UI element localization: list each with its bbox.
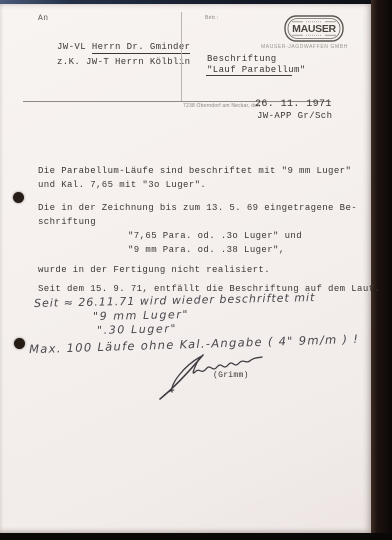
body-paragraph1-line2: und Kal. 7,65 mit "3o Luger". [38, 180, 206, 190]
body-paragraph1-line1: Die Parabellum-Läufe sind beschriftet mi… [38, 166, 351, 176]
subject-underline [206, 75, 292, 76]
place-preprint: 7238 Oberndorf am Neckar, den [183, 103, 260, 109]
recipient-line-2: z.K. JW-T Herrn Kölblin [57, 57, 190, 67]
punch-hole-bottom [14, 338, 25, 349]
dept-reference: JW-APP Gr/Sch [257, 111, 332, 121]
subject-block: Beschriftung "Lauf Parabellum" [207, 54, 306, 76]
signature-scrawl-icon [156, 348, 266, 405]
recipient-name: Herrn Dr. Gminder [92, 42, 191, 54]
an-label: An [38, 14, 48, 23]
body-paragraph2-line2: schriftung [38, 217, 96, 227]
scan-edge-right [371, 0, 392, 540]
handwritten-note-line3: ".30 Luger" [97, 322, 177, 337]
handwritten-note-line2: "9 mm Luger" [93, 308, 189, 323]
body-quote-line1: "7,65 Para. od. .3o Luger" und [128, 231, 302, 241]
punch-hole-top [13, 192, 24, 203]
recipient-prefix: JW-VL [57, 42, 92, 52]
scan-edge-bottom [0, 533, 392, 540]
signature-typed-name: (Grimm) [213, 371, 249, 380]
mauser-logo-icon: MAUSER [284, 15, 344, 47]
letter-page: An JW-VL Herrn Dr. Gminder z.K. JW-T Her… [0, 4, 371, 533]
mauser-logo-text: MAUSER [292, 23, 336, 35]
date-value: 26. 11. 1971 [255, 99, 332, 110]
body-paragraph2-line1: Die in der Zeichnung bis zum 13. 5. 69 e… [38, 203, 357, 213]
logo-company-name: MAUSER-JAGDWAFFEN GMBH [261, 44, 348, 50]
body-quote-line2: "9 mm Para. od. .38 Luger", [128, 245, 285, 255]
recipient-line-1: JW-VL Herrn Dr. Gminder [57, 42, 190, 52]
subject-line-1: Beschriftung [207, 54, 306, 65]
body-paragraph3: wurde in der Fertigung nicht realisiert. [38, 265, 270, 275]
betreff-label: Betr.: [205, 15, 218, 21]
header-vertical-divider [181, 12, 182, 101]
